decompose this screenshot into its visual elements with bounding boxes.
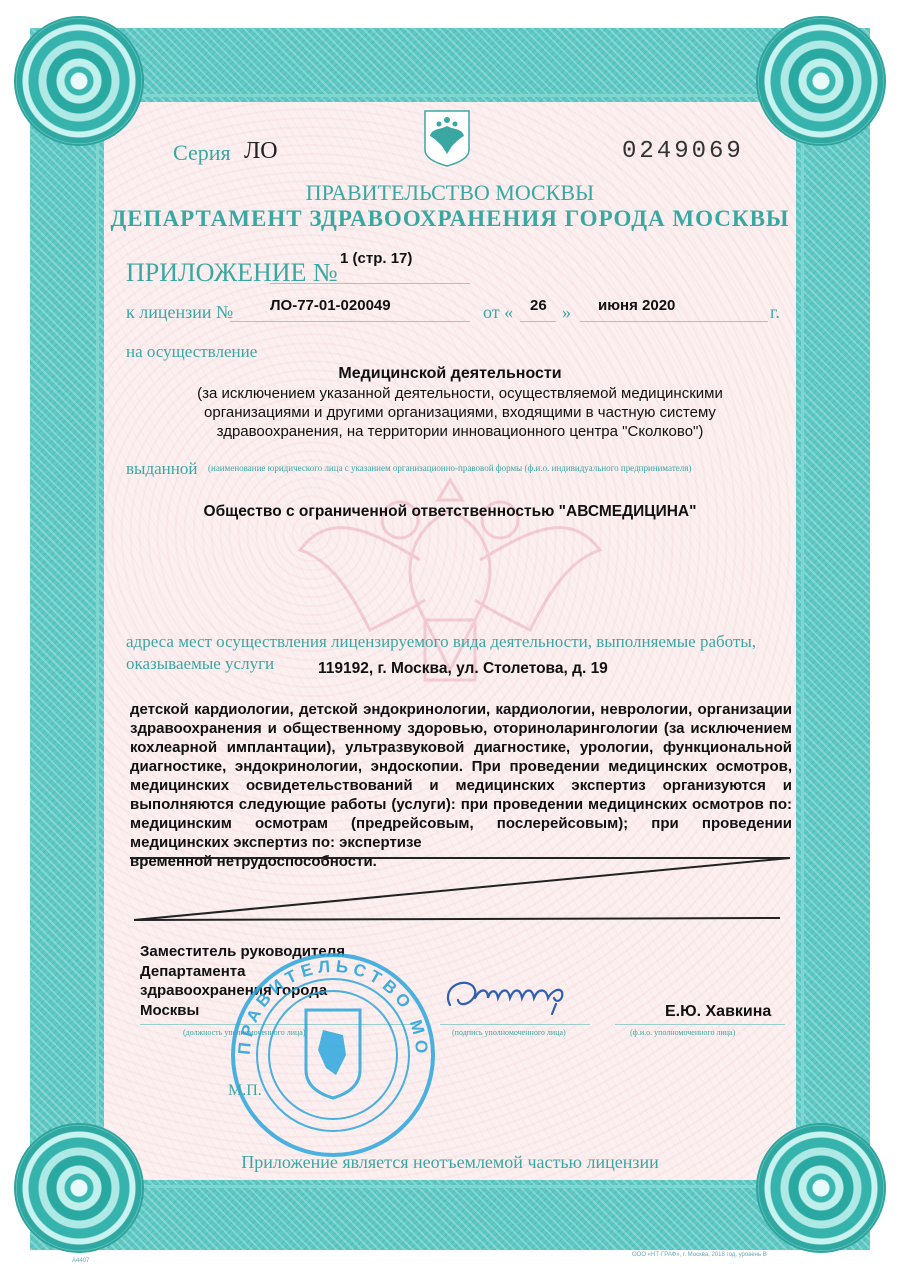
organization-name: Общество с ограниченной ответственностью…: [0, 503, 900, 521]
address-value: 119192, г. Москва, ул. Столетова, д. 19: [318, 660, 608, 678]
day-underline: [520, 321, 556, 322]
name-underline: [615, 1024, 785, 1025]
month-underline: [580, 321, 768, 322]
license-month-year: июня 2020: [598, 297, 675, 314]
quote-close: »: [562, 302, 571, 323]
services-text: детской кардиологии, детской эндокриноло…: [130, 701, 792, 851]
rosette-ornament-icon: [14, 1123, 144, 1253]
issued-hint: (наименование юридического лица с указан…: [208, 463, 691, 473]
series-value: ЛО: [244, 138, 278, 165]
signature-hint: (подпись уполномоченного лица): [452, 1028, 566, 1037]
services-list: детской кардиологии, детской эндокриноло…: [130, 700, 792, 871]
license-label: к лицензии №: [126, 302, 233, 323]
stamp-place-label: М.П.: [228, 1082, 262, 1100]
appendix-underline: [270, 283, 470, 284]
license-underline: [230, 321, 470, 322]
russian-coat-of-arms-icon: [422, 108, 472, 168]
license-appendix-sheet: Серия ЛО 0249069 ПРАВИТЕЛЬСТВО МОСКВЫ ДЕ…: [0, 0, 900, 1283]
rosette-ornament-icon: [14, 16, 144, 146]
name-hint: (ф.и.о. уполномоченного лица): [630, 1028, 735, 1037]
issued-label: выданной: [126, 459, 197, 479]
department-title: ДЕПАРТАМЕНТ ЗДРАВООХРАНЕНИЯ ГОРОДА МОСКВ…: [0, 206, 900, 232]
activity-label: на осуществление: [126, 342, 257, 362]
serial-number: 0249069: [622, 138, 744, 165]
series-label: Серия: [173, 140, 231, 166]
handwritten-signature-icon: [430, 970, 620, 1020]
rosette-ornament-icon: [756, 1123, 886, 1253]
date-from-label: от «: [483, 302, 513, 323]
printer-info: ООО «НТ·ГРАФ», г. Москва, 2018 год, уров…: [632, 1252, 767, 1258]
government-title: ПРАВИТЕЛЬСТВО МОСКВЫ: [0, 180, 900, 206]
footer-note: Приложение является неотъемлемой частью …: [0, 1152, 900, 1173]
license-day: 26: [530, 297, 547, 314]
rosette-ornament-icon: [756, 16, 886, 146]
blank-space-cancel-lines: [120, 850, 800, 930]
signature-underline: [440, 1024, 590, 1025]
signatory-name: Е.Ю. Хавкина: [665, 1003, 771, 1021]
year-suffix: г.: [770, 302, 780, 323]
activity-note: (за исключением указанной деятельности, …: [150, 384, 770, 441]
activity-title: Медицинской деятельности: [0, 365, 900, 383]
official-seal-icon: ПРАВИТЕЛЬСТВО МОСКВЫ: [228, 950, 438, 1160]
license-number: ЛО-77-01-020049: [270, 297, 391, 314]
form-code: А4407: [72, 1258, 89, 1264]
appendix-number: 1 (стр. 17): [340, 250, 412, 267]
